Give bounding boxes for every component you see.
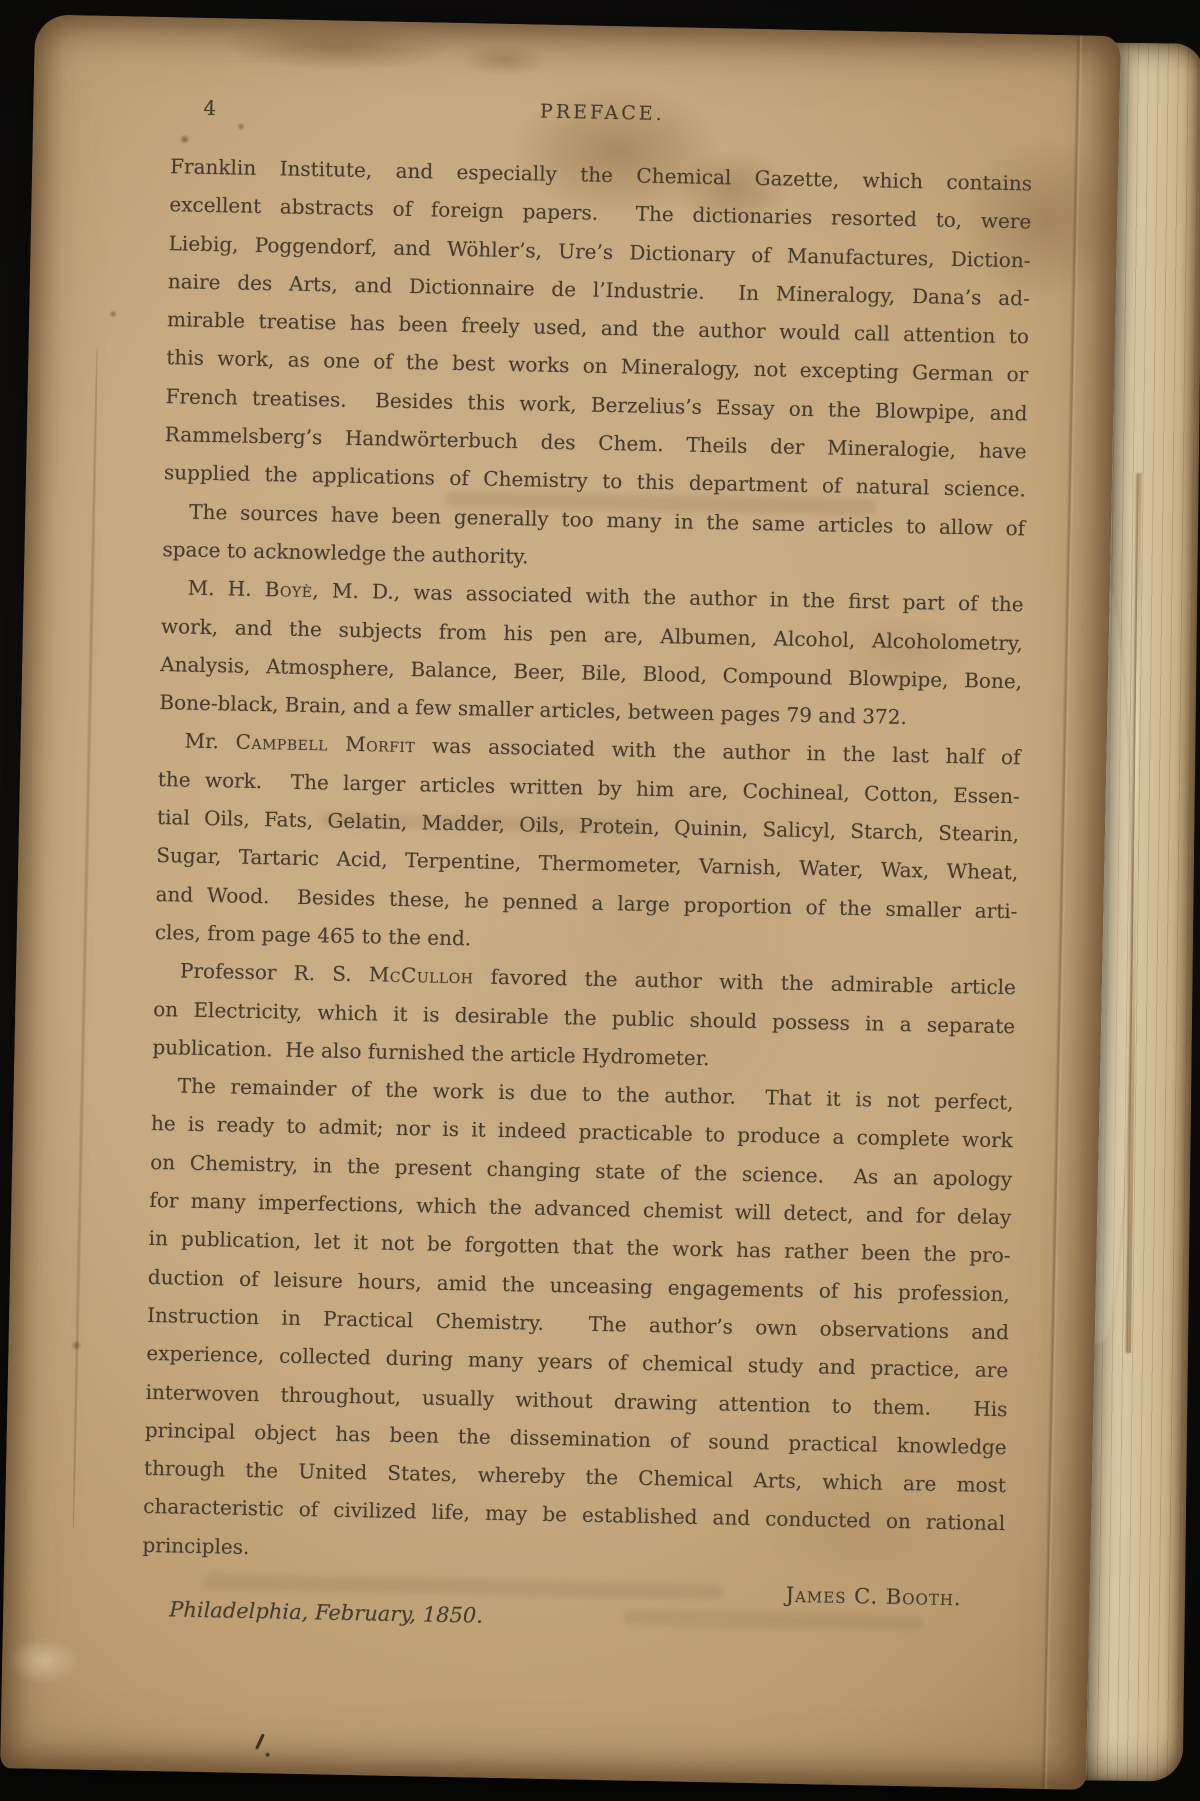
running-head: PREFACE.	[171, 93, 1033, 132]
page-content: 4 PREFACE. Franklin Institute, and espec…	[141, 93, 1033, 1638]
photo-background: 4 PREFACE. Franklin Institute, and espec…	[0, 0, 1200, 1801]
right-crease	[1041, 35, 1083, 1789]
signature: James C. Booth.	[785, 1583, 961, 1611]
left-crease	[71, 346, 100, 1530]
body-lines: Franklin Institute, and especially the C…	[142, 147, 1032, 1581]
page-sheet: 4 PREFACE. Franklin Institute, and espec…	[0, 14, 1121, 1789]
page-number: 4	[203, 96, 216, 120]
page-header-row: 4 PREFACE.	[171, 93, 1033, 142]
ink-mark	[255, 1733, 265, 1749]
